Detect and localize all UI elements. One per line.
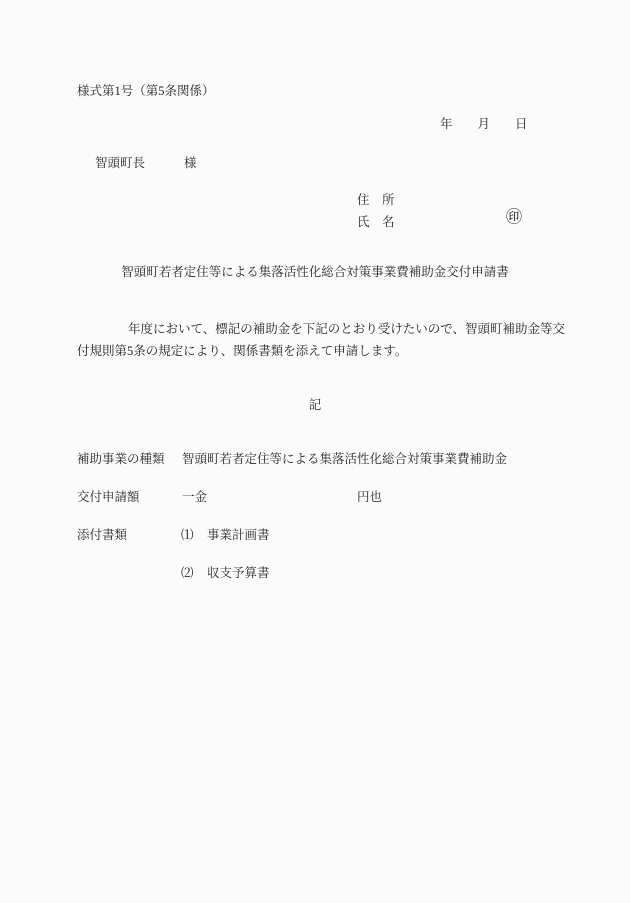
section-marker: 記 [0, 398, 630, 413]
addressee-honorific: 様 [184, 156, 197, 171]
addressee: 智頭町長 [95, 156, 145, 171]
application-form-page: 様式第1号（第5条関係） 年 月 日 智頭町長 様 住 所 氏 名 ㊞ 智頭町若… [0, 0, 630, 903]
row-value-amount-prefix: 一金 [182, 490, 207, 505]
address-label: 住 所 [357, 193, 395, 208]
body-line-1: 年度において、標記の補助金を下記のとおり受けたいので、智頭町補助金等交 [128, 322, 565, 337]
attachment-2-number: ⑵ [181, 566, 194, 581]
row-value-project-type: 智頭町若者定住等による集落活性化総合対策事業費補助金 [182, 452, 507, 467]
document-title: 智頭町若者定住等による集落活性化総合対策事業費補助金交付申請書 [0, 265, 630, 280]
name-label: 氏 名 [357, 215, 395, 230]
row-label-amount: 交付申請額 [77, 490, 140, 505]
attachment-1-text: 事業計画書 [207, 528, 270, 543]
date-line: 年 月 日 [440, 117, 528, 132]
body-line-2: 付規則第5条の規定により、関係書類を添えて申請します。 [77, 344, 407, 359]
form-number: 様式第1号（第5条関係） [77, 84, 215, 99]
row-value-amount-suffix: 円也 [357, 490, 382, 505]
row-label-attachments: 添付書類 [77, 528, 127, 543]
attachment-1-number: ⑴ [181, 528, 194, 543]
seal-mark-icon: ㊞ [506, 210, 522, 226]
row-label-project-type: 補助事業の種類 [77, 452, 165, 467]
attachment-2-text: 収支予算書 [207, 566, 270, 581]
